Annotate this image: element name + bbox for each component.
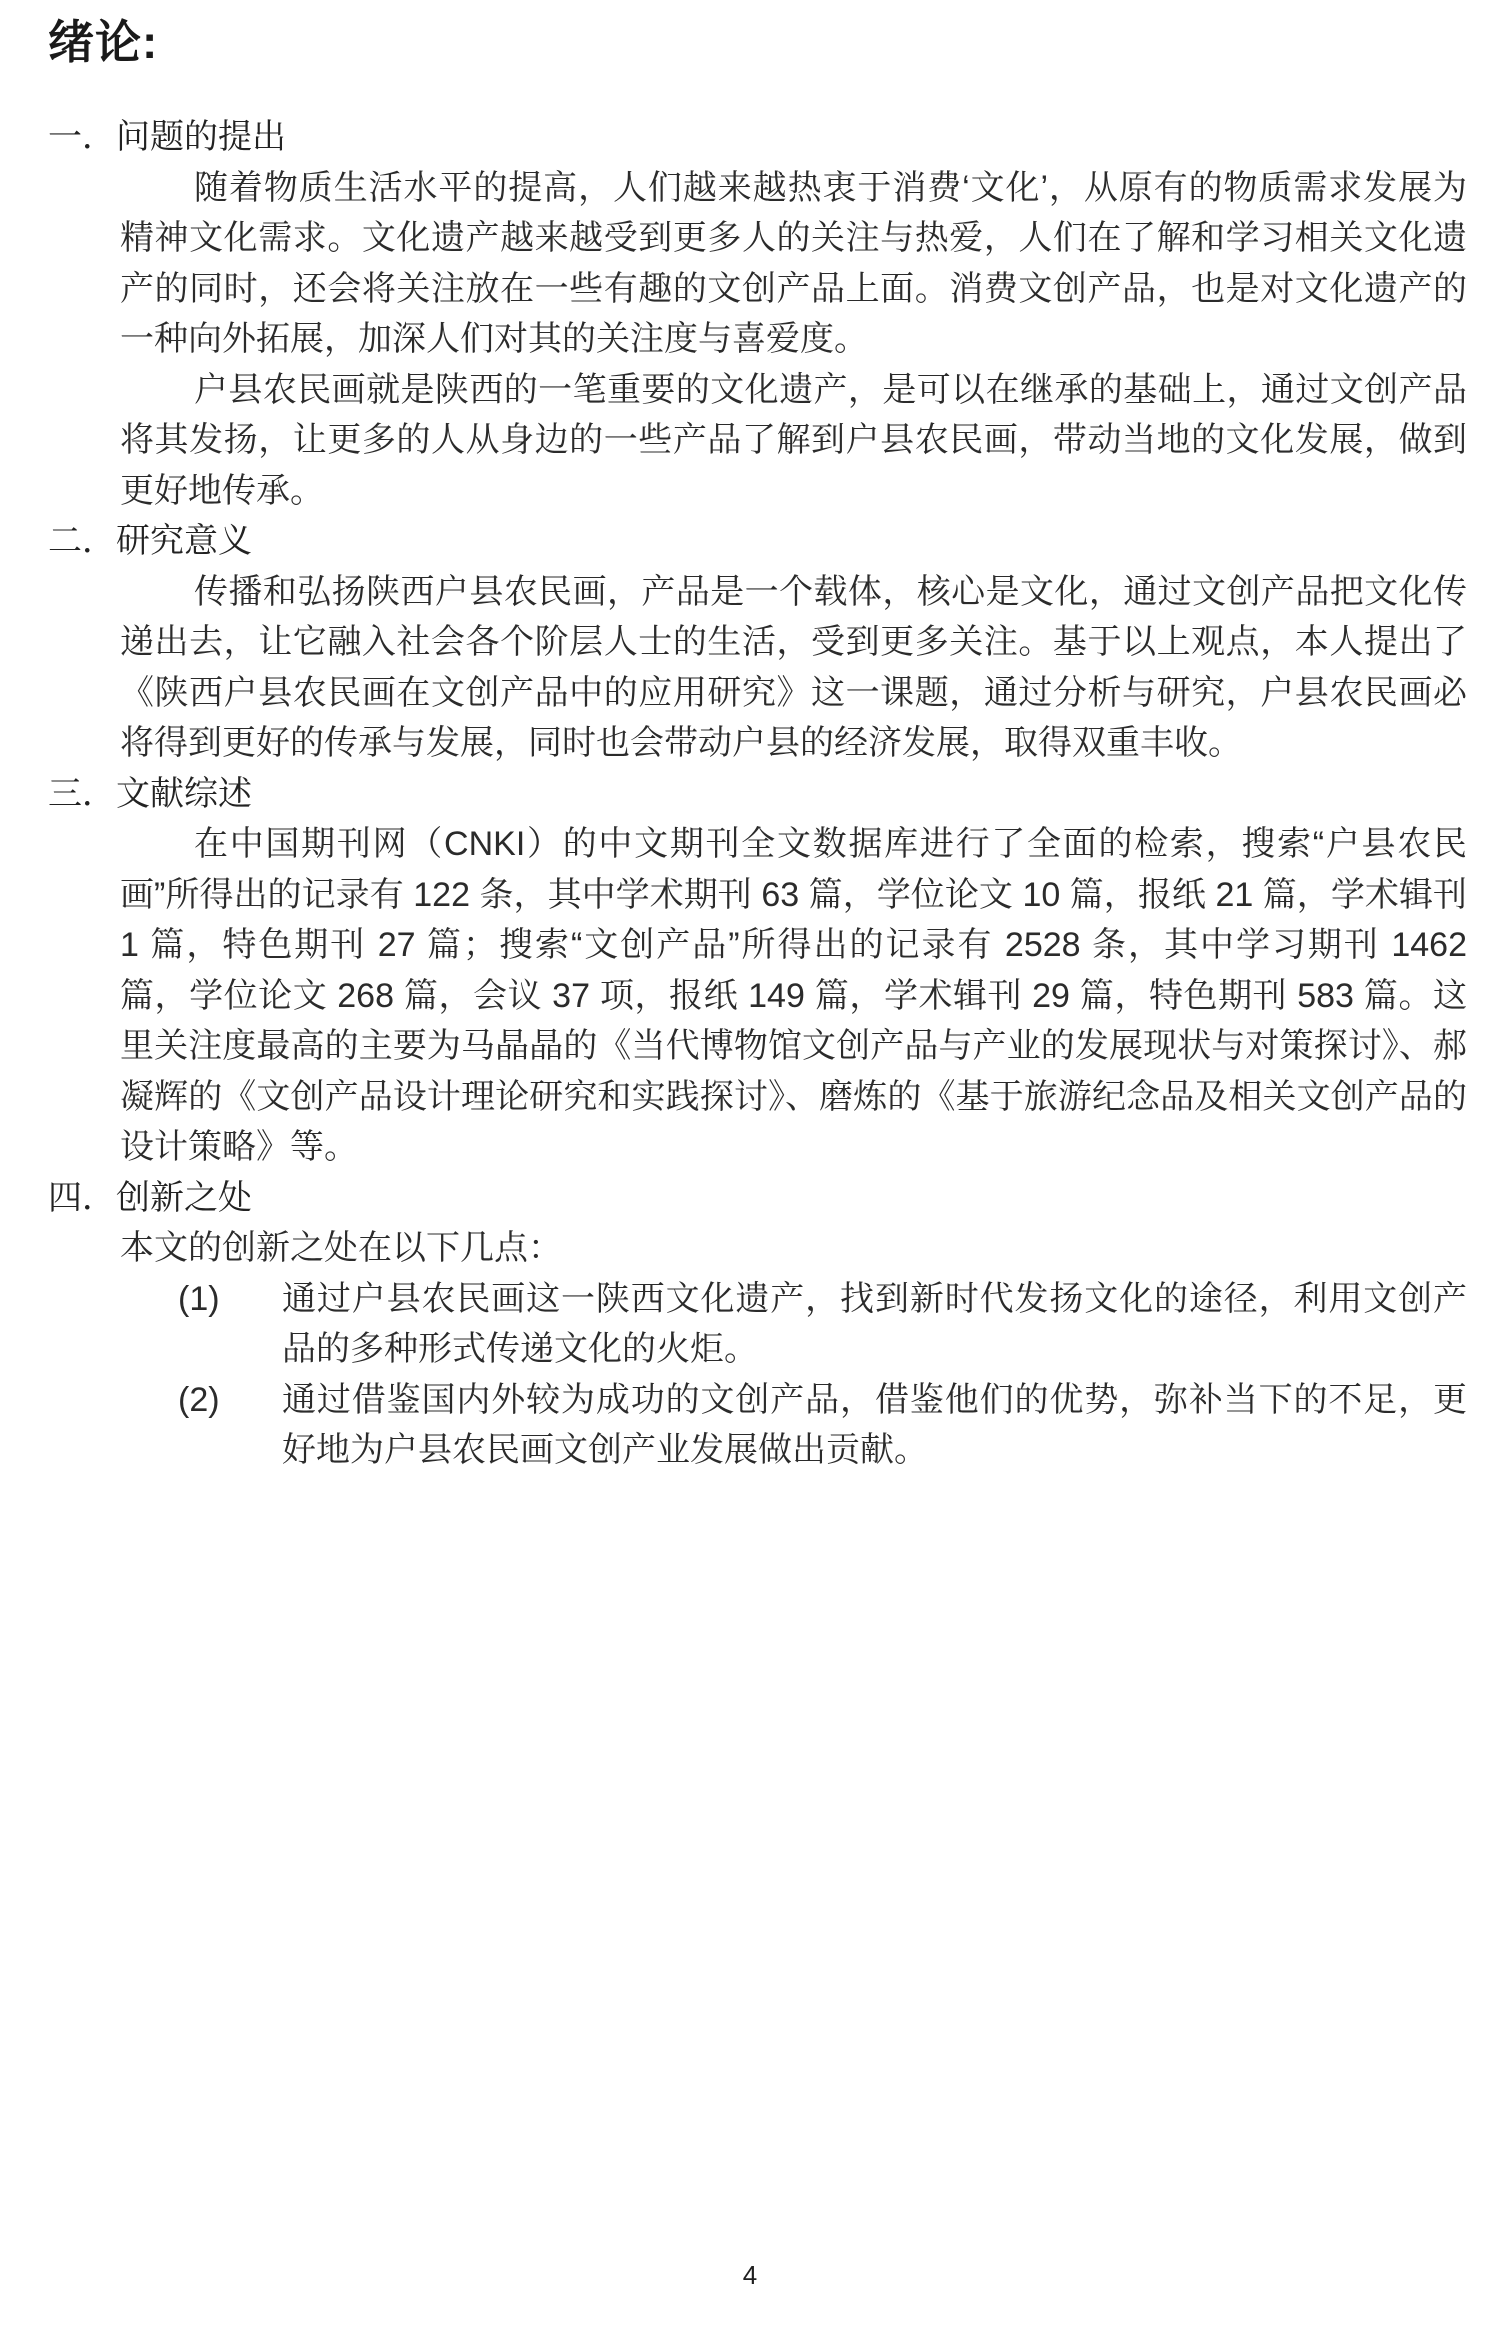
page-number: 4	[0, 2260, 1500, 2290]
list-item-text: 通过借鉴国内外较为成功的文创产品，借鉴他们的优势，弥补当下的不足，更好地为户县农…	[282, 1375, 1467, 1476]
section-heading: 三．文献综述	[48, 769, 1467, 820]
paragraph: 随着物质生活水平的提高，人们越来越热衷于消费‘文化’，从原有的物质需求发展为精神…	[120, 163, 1467, 365]
list-item-text: 通过户县农民画这一陕西文化遗产，找到新时代发扬文化的途径，利用文创产品的多种形式…	[282, 1274, 1467, 1375]
section-literature-review: 三．文献综述 在中国期刊网（CNKI）的中文期刊全文数据库进行了全面的检索，搜索…	[48, 769, 1467, 1173]
document-content: 绪论: 一．问题的提出 随着物质生活水平的提高，人们越来越热衷于消费‘文化’，从…	[0, 0, 1500, 1476]
section-innovations: 四．创新之处 本文的创新之处在以下几点： (1) 通过户县农民画这一陕西文化遗产…	[48, 1173, 1467, 1476]
section-heading: 一．问题的提出	[48, 112, 1467, 163]
paragraph: 户县农民画就是陕西的一笔重要的文化遗产，是可以在继承的基础上，通过文创产品将其发…	[120, 365, 1467, 517]
document-page: 绪论: 一．问题的提出 随着物质生活水平的提高，人们越来越热衷于消费‘文化’，从…	[0, 0, 1500, 2336]
innovation-list: (1) 通过户县农民画这一陕西文化遗产，找到新时代发扬文化的途径，利用文创产品的…	[178, 1274, 1467, 1476]
list-item: (2) 通过借鉴国内外较为成功的文创产品，借鉴他们的优势，弥补当下的不足，更好地…	[178, 1375, 1467, 1476]
list-item-marker: (1)	[178, 1274, 282, 1325]
section-significance: 二．研究意义 传播和弘扬陕西户县农民画，产品是一个载体，核心是文化，通过文创产品…	[48, 516, 1467, 769]
paragraph: 传播和弘扬陕西户县农民画，产品是一个载体，核心是文化，通过文创产品把文化传递出去…	[120, 567, 1467, 769]
section-problem: 一．问题的提出 随着物质生活水平的提高，人们越来越热衷于消费‘文化’，从原有的物…	[48, 112, 1467, 516]
section-heading: 二．研究意义	[48, 516, 1467, 567]
section-heading: 四．创新之处	[48, 1173, 1467, 1224]
list-item-marker: (2)	[178, 1375, 282, 1426]
paragraph: 在中国期刊网（CNKI）的中文期刊全文数据库进行了全面的检索，搜索“户县农民画”…	[120, 819, 1467, 1173]
page-title: 绪论:	[48, 14, 1467, 70]
list-intro: 本文的创新之处在以下几点：	[120, 1223, 1467, 1274]
list-item: (1) 通过户县农民画这一陕西文化遗产，找到新时代发扬文化的途径，利用文创产品的…	[178, 1274, 1467, 1375]
